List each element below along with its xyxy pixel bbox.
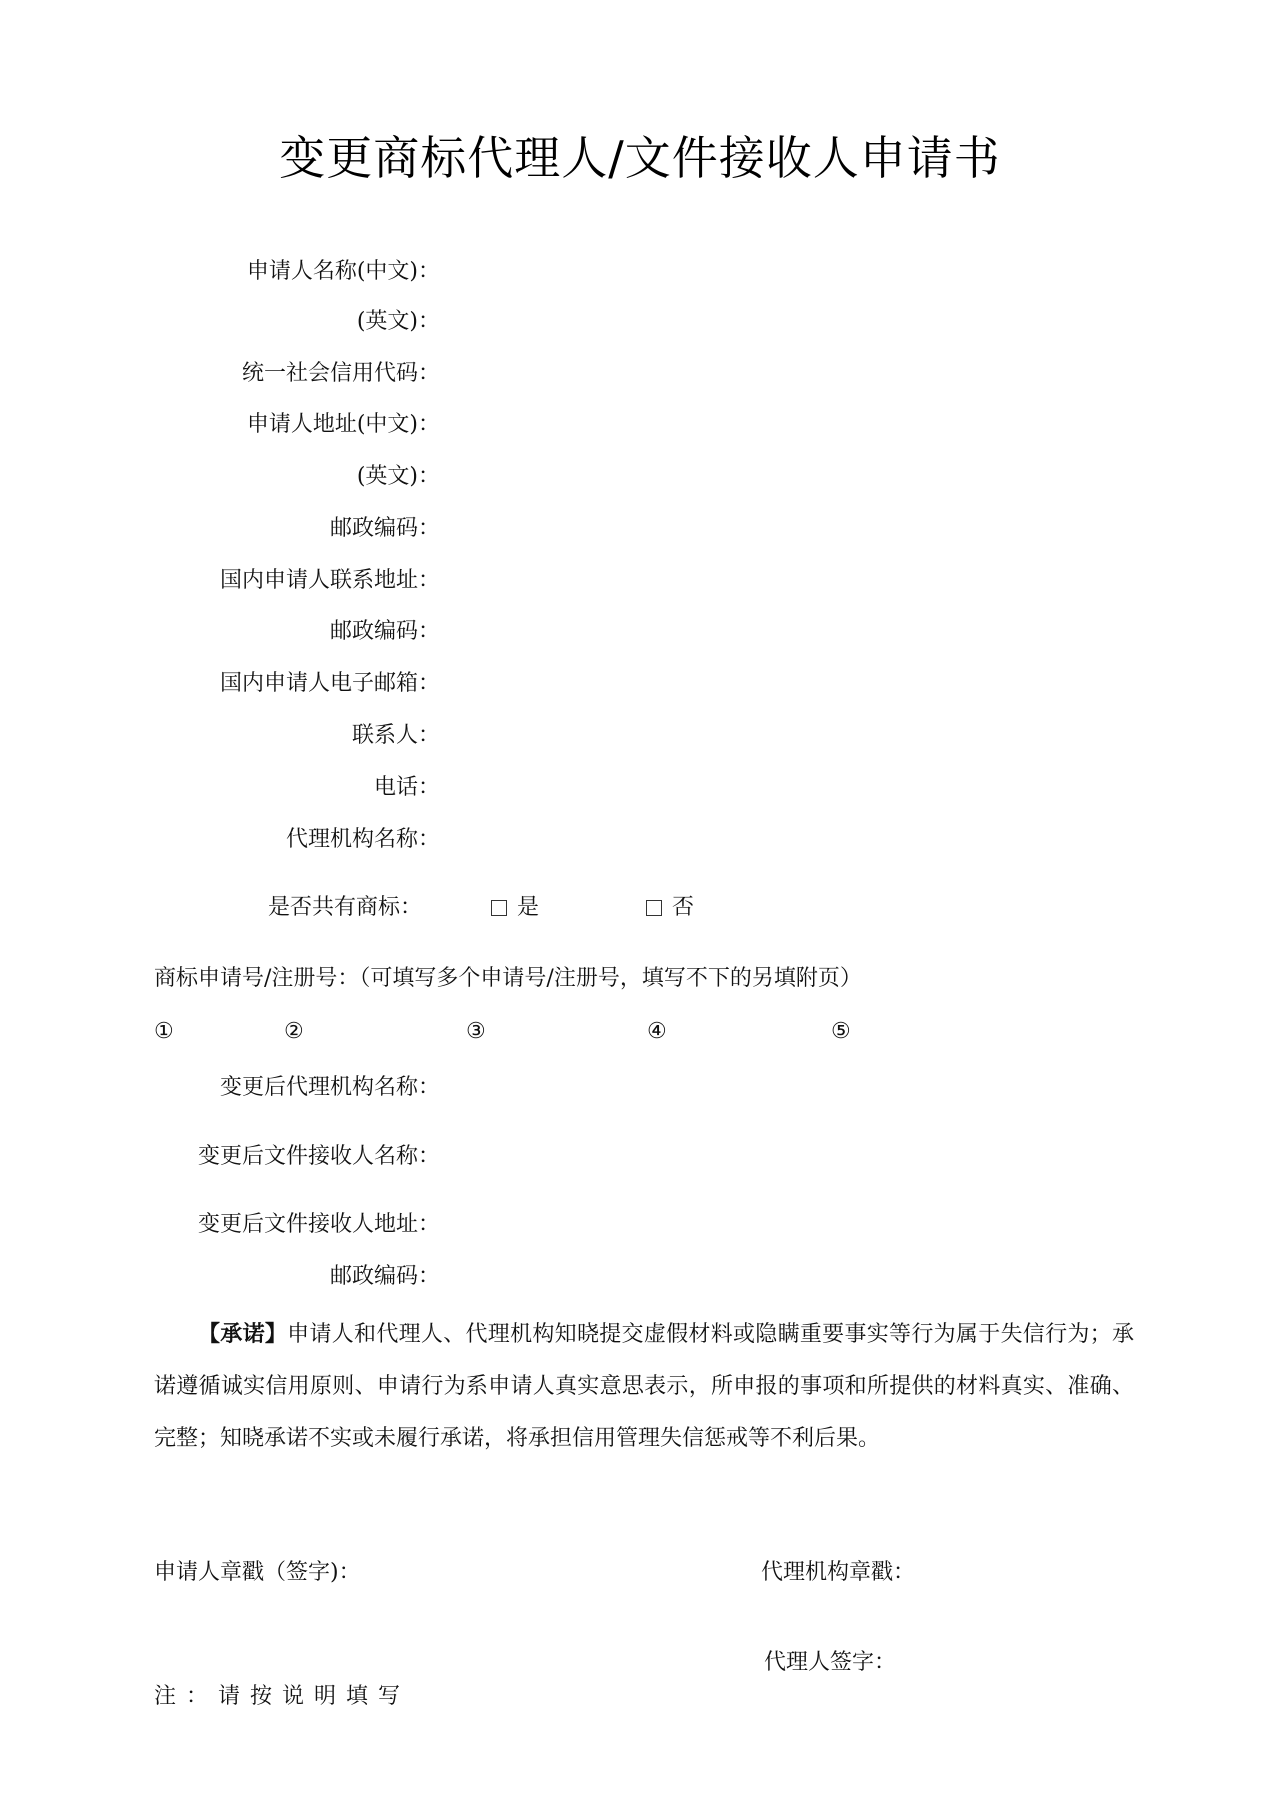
input-contact-person[interactable] [445, 721, 1125, 751]
option-yes[interactable]: 是 [491, 893, 539, 923]
field-label: 变更后文件接收人名称： [198, 1142, 440, 1172]
input-applicant-name-cn[interactable] [445, 257, 1125, 287]
input-postal-code[interactable] [445, 514, 1125, 544]
input-applicant-address-cn[interactable] [445, 410, 1125, 440]
field-label: 申请人名称(中文)： [247, 257, 440, 287]
field-label: 变更后代理机构名称： [220, 1073, 440, 1103]
input-phone[interactable] [445, 773, 1125, 803]
field-applicant-name-en: (英文)： [0, 307, 440, 337]
field-new-agency-name: 变更后代理机构名称： [0, 1073, 440, 1103]
input-applicant-address-en[interactable] [445, 462, 1125, 492]
field-label: 变更后文件接收人地址： [198, 1210, 440, 1240]
applicant-seal-label: 申请人章戳（签字)： [154, 1558, 361, 1588]
field-label: 联系人： [352, 721, 440, 751]
field-new-receiver-name: 变更后文件接收人名称： [0, 1142, 440, 1172]
field-label: 电话： [374, 773, 440, 803]
field-label: 邮政编码： [330, 514, 440, 544]
promise-text: 申请人和代理人、代理机构知晓提交虚假材料或隐瞒重要事实等行为属于失信行为；承诺遵… [154, 1322, 1134, 1451]
option-no[interactable]: 否 [646, 893, 694, 923]
field-domestic-contact-address: 国内申请人联系地址： [0, 566, 440, 596]
promise-paragraph: 【承诺】申请人和代理人、代理机构知晓提交虚假材料或隐瞒重要事实等行为属于失信行为… [154, 1308, 1134, 1465]
checkbox-yes[interactable] [491, 900, 507, 916]
field-domestic-email: 国内申请人电子邮箱： [0, 669, 440, 699]
agent-signature-label: 代理人签字： [764, 1648, 896, 1678]
field-postal-code: 邮政编码： [0, 514, 440, 544]
field-label: 邮政编码： [330, 1262, 440, 1292]
input-credit-code[interactable] [445, 359, 1125, 389]
field-label: 申请人地址(中文)： [247, 410, 440, 440]
field-applicant-address-cn: 申请人地址(中文)： [0, 410, 440, 440]
trademark-number-slot-2[interactable]: ② [284, 1017, 454, 1047]
input-domestic-email[interactable] [445, 669, 1125, 699]
field-agency-name: 代理机构名称： [0, 825, 440, 855]
trademark-number-slot-3[interactable]: ③ [466, 1017, 626, 1047]
input-new-receiver-name[interactable] [445, 1142, 1125, 1172]
trademark-number-slot-1[interactable]: ① [154, 1017, 264, 1047]
field-label: (英文)： [357, 307, 440, 337]
field-contact-person: 联系人： [0, 721, 440, 751]
trademark-number-slot-5[interactable]: ⑤ [831, 1017, 1001, 1047]
field-applicant-address-en: (英文)： [0, 462, 440, 492]
field-phone: 电话： [0, 773, 440, 803]
field-label: 邮政编码： [330, 617, 440, 647]
field-applicant-name-cn: 申请人名称(中文)： [0, 257, 440, 287]
field-credit-code: 统一社会信用代码： [0, 359, 440, 389]
trademark-number-slots: ① ② ③ ④ ⑤ [0, 1017, 1280, 1051]
option-yes-label: 是 [517, 893, 539, 923]
input-agency-name[interactable] [445, 825, 1125, 855]
agency-seal-label: 代理机构章戳： [761, 1558, 915, 1588]
option-no-label: 否 [672, 893, 694, 923]
input-new-agency-name[interactable] [445, 1073, 1125, 1103]
field-label: 代理机构名称： [286, 825, 440, 855]
checkbox-no[interactable] [646, 900, 662, 916]
field-new-receiver-address: 变更后文件接收人地址： [0, 1210, 440, 1240]
field-label: 国内申请人电子邮箱： [220, 669, 440, 699]
field-label: 国内申请人联系地址： [220, 566, 440, 596]
co-owned-label: 是否共有商标： [268, 893, 422, 923]
co-owned-question: 是否共有商标： 是 否 [0, 893, 1280, 927]
input-new-receiver-address[interactable] [445, 1210, 1125, 1240]
field-domestic-postal-code: 邮政编码： [0, 617, 440, 647]
input-applicant-name-en[interactable] [445, 307, 1125, 337]
input-new-postal-code[interactable] [445, 1262, 1125, 1292]
field-label: (英文)： [357, 462, 440, 492]
page-title: 变更商标代理人/文件接收人申请书 [0, 122, 1280, 188]
fill-instruction-note: 注：请按说明填写 [154, 1682, 410, 1712]
field-new-postal-code: 邮政编码： [0, 1262, 440, 1292]
field-label: 统一社会信用代码： [242, 359, 440, 389]
input-domestic-postal-code[interactable] [445, 617, 1125, 647]
trademark-number-label: 商标申请号/注册号：（可填写多个申请号/注册号，填写不下的另填附页） [154, 964, 862, 994]
trademark-number-slot-4[interactable]: ④ [647, 1017, 817, 1047]
promise-heading: 【承诺】 [198, 1321, 287, 1347]
input-domestic-contact-address[interactable] [445, 566, 1125, 596]
